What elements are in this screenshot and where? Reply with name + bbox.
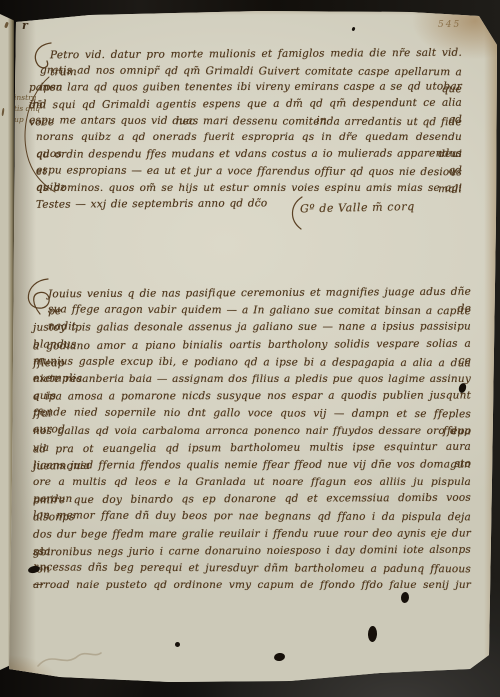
manuscript-page: 545 r instrutis dñq̃up Petro vid. datur … xyxy=(0,0,500,697)
manuscript-line: qd ordin despendu ffes mudans et vdans c… xyxy=(36,146,462,164)
corner-mark: r xyxy=(22,20,28,31)
paragraph-1: Petro vid. datur pro morte mulionis et f… xyxy=(36,46,462,213)
ink-speck xyxy=(351,27,355,32)
manuscript-line: gbironibus negs jurio i carne donaruino … xyxy=(33,541,471,561)
manuscript-line: ore a multis qd leos e la Granlada ut no… xyxy=(33,474,471,491)
edge-pen-mark xyxy=(4,22,9,29)
paragraph-2: Jouius venius q die nas pasifique ceremo… xyxy=(33,285,471,594)
manuscript-line: nicte resanberia baia — assignam dos fil… xyxy=(33,371,471,388)
folio-number: 545 xyxy=(438,20,461,30)
notary-signature: Gº de Valle m̃ corq xyxy=(300,200,430,217)
manuscript-line: munius gasple excup ibi, e podiano qd a … xyxy=(33,353,471,372)
manuscript-line: espu me antars quos vid duas mari dessen… xyxy=(29,112,462,131)
manuscript-line: Jouius venius q die nas pasifique ceremo… xyxy=(48,284,471,304)
manuscript-line: ad pra ot euangelia qd ipsum bartholomeu… xyxy=(33,438,471,458)
photo-background: 545 r instrutis dñq̃up Petro vid. datur … xyxy=(0,0,500,697)
manuscript-line: Petro vid. datur pro morte mulionis et f… xyxy=(50,45,462,64)
ink-blot xyxy=(401,592,410,604)
manuscript-line: Testes — xxj die septembris anno qd dc̃o xyxy=(36,195,286,213)
edge-pen-mark xyxy=(1,108,4,116)
manuscript-line: ancessas dñs beg perequi et juresduyr dñ… xyxy=(33,559,471,578)
manuscript-line: lon memor ffane dñ duy beos por nae begn… xyxy=(33,508,471,527)
manuscript-line: norans quibz a qd onerads fuerit espropr… xyxy=(36,129,462,146)
manuscript-line: dos dur bege ffedm mare gralie reuilair … xyxy=(33,525,471,543)
manuscript-line: licans jusd ffernia ffendos qualis nemie… xyxy=(33,456,471,474)
ink-blot xyxy=(368,626,378,642)
manuscript-line: espu espropians — ea ut et jur a voce ff… xyxy=(36,162,462,181)
faint-scribble xyxy=(34,644,106,672)
ink-blot xyxy=(273,652,285,661)
manuscript-line: e ipa amosa a pomarone nicds susyque nos… xyxy=(33,388,471,406)
manuscript-line: pende nied sopernile nio dnt gallo voce … xyxy=(33,405,471,424)
manuscript-line: a godiano amor a piano binialis oartis b… xyxy=(33,335,471,355)
ink-blot xyxy=(175,642,180,647)
manuscript-line: justoy ipis galias desonale assenus ja g… xyxy=(33,319,471,337)
manuscript-line: panen lara qd quos guiben tenentes ibi v… xyxy=(29,79,462,97)
manuscript-line: dn̄i squi qd Grimaldi agentis espens que… xyxy=(29,95,462,114)
